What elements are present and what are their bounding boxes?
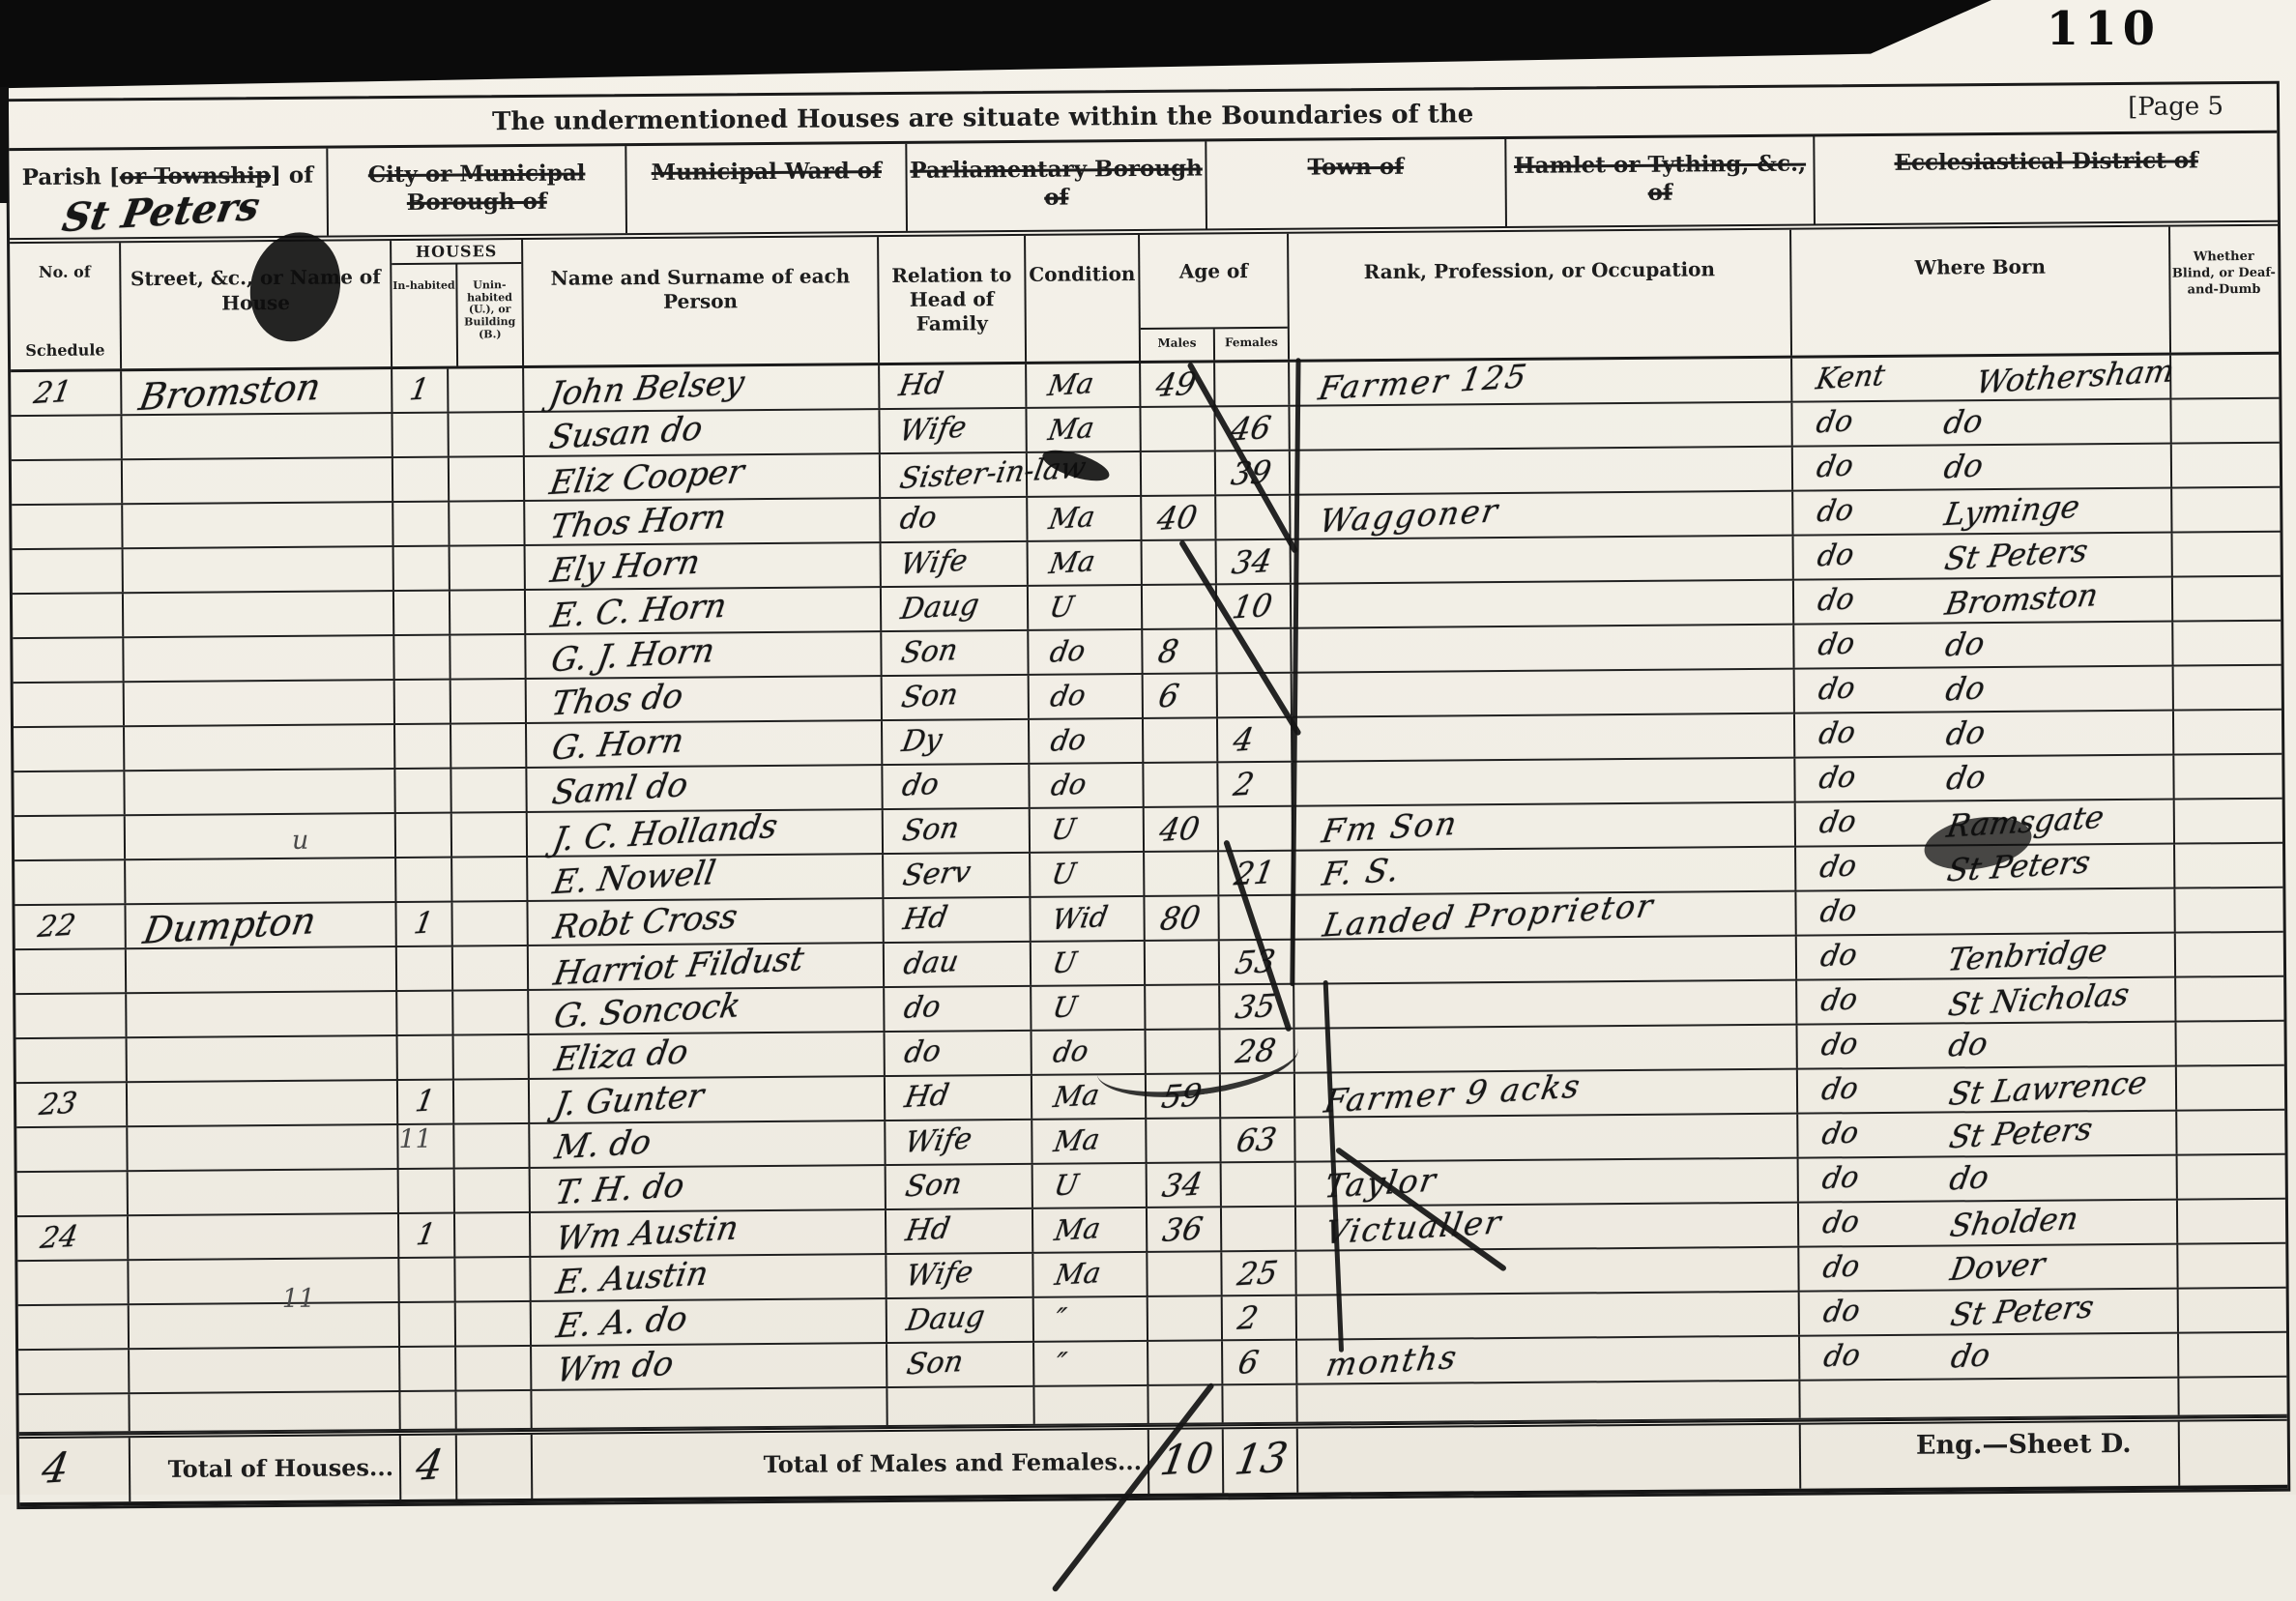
- relation-cell: Wife: [882, 542, 1029, 586]
- totals-schedule-cell: 4: [19, 1438, 131, 1495]
- uninhabited-cell: [452, 858, 528, 901]
- street-cell: [130, 1303, 400, 1348]
- age-males-cell: [1141, 407, 1215, 451]
- uninhabited-cell: [454, 1035, 530, 1079]
- occupation-cell: [1292, 581, 1794, 627]
- relation-cell: do: [886, 1032, 1032, 1075]
- name-cell: M. do: [530, 1121, 886, 1167]
- street-cell: [125, 770, 395, 814]
- born-cell: doDover: [1799, 1245, 2178, 1291]
- condition-cell: U: [1032, 942, 1146, 985]
- infirmity-cell: [2171, 399, 2278, 443]
- infirmity-cell: [2178, 1155, 2284, 1199]
- born-cell: dodo: [1793, 445, 2172, 490]
- location-field-0: Parish [or Township] ofSt Peters: [9, 149, 328, 239]
- inhabited-cell: [393, 458, 450, 501]
- uninhabited-cell: [454, 1080, 530, 1123]
- occupation-cell: Farmer 125: [1290, 359, 1792, 405]
- inhabited-cell: [400, 1348, 456, 1390]
- location-field-label: City or Municipal Borough of: [328, 160, 625, 218]
- column-header-row: No. of Schedule Street, &c., or Name of …: [10, 226, 2279, 372]
- relation-cell: dau: [885, 943, 1032, 986]
- born-cell: KentWothersham: [1792, 356, 2171, 401]
- inhabited-cell: [394, 547, 450, 590]
- uninhabited-cell: [451, 724, 527, 768]
- name-cell: J. C. Hollands: [528, 810, 884, 856]
- name-cell: E. A. do: [532, 1299, 887, 1345]
- schedule-cell: 24: [17, 1216, 129, 1260]
- infirmity-cell: [2175, 800, 2281, 843]
- occupation-cell: Farmer 9 acks: [1295, 1070, 1798, 1117]
- schedule-cell: 22: [15, 905, 126, 948]
- schedule-cell: [14, 727, 125, 771]
- schedule-cell: [14, 683, 125, 726]
- col-header-schedule: No. of Schedule: [10, 243, 122, 369]
- uninhabited-cell: [454, 1124, 530, 1168]
- occupation-cell: [1294, 937, 1797, 983]
- infirmity-cell: [2172, 444, 2279, 487]
- name-cell: G. J. Horn: [526, 632, 882, 678]
- schedule-cell: 23: [16, 1083, 128, 1126]
- uninhabited-cell: [449, 413, 524, 456]
- inhabited-cell: 1: [392, 369, 449, 412]
- condition-cell: U: [1029, 586, 1143, 629]
- street-cell: [130, 1348, 400, 1392]
- occupation-cell: Taylor: [1296, 1159, 1799, 1206]
- relation-cell: do: [885, 987, 1032, 1031]
- inhabited-cell: [399, 1259, 455, 1301]
- uninhabited-cell: [450, 591, 526, 634]
- col-header-houses: HOUSES In-habited Unin-habited (U.), or …: [392, 240, 524, 366]
- born-cell: doTenbridge: [1797, 934, 2176, 979]
- location-field-6: Ecclesiastical District of: [1816, 133, 2278, 224]
- condition-cell: Ma: [1027, 408, 1141, 451]
- born-cell: doSholden: [1799, 1201, 2178, 1246]
- occupation-cell: [1292, 537, 1794, 583]
- condition-cell: ″: [1034, 1342, 1148, 1385]
- inhabited-cell: [399, 1170, 455, 1212]
- street-cell: [123, 458, 393, 503]
- uninhabited-cell: [450, 457, 525, 501]
- born-cell: doSt Peters: [1798, 1112, 2177, 1157]
- inhabited-cell: [393, 503, 450, 545]
- age-males-cell: [1144, 763, 1218, 806]
- condition-cell: Ma: [1027, 364, 1141, 407]
- page-label: [Page 5: [2128, 92, 2223, 122]
- condition-cell: Wid: [1031, 897, 1145, 941]
- infirmity-cell: [2179, 1333, 2285, 1377]
- infirmity-cell: [2174, 666, 2281, 710]
- schedule-cell: 21: [11, 371, 122, 415]
- age-males-cell: 40: [1145, 807, 1219, 851]
- occupation-cell: Landed Proprietor: [1293, 892, 1796, 939]
- total-males-females-label: Total of Males and Females...: [533, 1430, 1149, 1495]
- location-field-label: Municipal Ward of: [627, 158, 906, 188]
- age-males-cell: [1146, 941, 1220, 984]
- relation-cell: Wife: [886, 1121, 1032, 1164]
- schedule-cell: [18, 1305, 130, 1349]
- condition-cell: U: [1032, 986, 1146, 1030]
- born-cell: dodo: [1795, 756, 2174, 801]
- condition-cell: do: [1030, 719, 1144, 763]
- infirmity-cell: [2177, 1111, 2283, 1154]
- totals-blank-cell: [1298, 1425, 1802, 1493]
- age-females-cell: 34: [1217, 540, 1292, 584]
- col-header-age: Age of Males Females: [1140, 234, 1290, 361]
- uninhabited-cell: [455, 1258, 531, 1301]
- street-cell: [125, 681, 395, 725]
- col-header-condition: Condition: [1026, 235, 1141, 362]
- age-females-cell: 2: [1223, 1296, 1297, 1340]
- census-scan-sheet: 110 The undermentioned Houses are situat…: [0, 0, 2296, 1495]
- condition-cell: U: [1031, 808, 1145, 852]
- location-field-label: Ecclesiastical District of: [1816, 147, 2278, 179]
- occupation-cell: Fm Son: [1293, 803, 1796, 850]
- age-males-cell: 36: [1148, 1208, 1222, 1251]
- name-cell: E. Austin: [531, 1255, 886, 1300]
- relation-cell: Serv: [884, 854, 1031, 897]
- inhabited-cell: 1: [396, 903, 452, 946]
- born-cell: do: [1796, 889, 2175, 935]
- uninhabited-cell: [450, 546, 526, 590]
- born-cell: dodo: [1800, 1334, 2179, 1380]
- occupation-cell: [1293, 714, 1795, 761]
- col-header-name: Name and Surname of each Person: [523, 237, 880, 365]
- age-males-cell: 34: [1148, 1163, 1222, 1207]
- age-males-cell: 8: [1143, 629, 1217, 673]
- name-cell: Eliz Cooper: [525, 454, 881, 500]
- schedule-cell: [15, 949, 127, 993]
- schedule-cell: [15, 816, 126, 859]
- schedule-cell: [16, 1038, 128, 1082]
- location-field-5: Hamlet or Tything, &c., of: [1506, 136, 1816, 226]
- name-cell: Ely Horn: [526, 543, 882, 589]
- occupation-cell: [1294, 981, 1797, 1028]
- col-header-uninhabited: Unin-habited (U.), or Building (B.): [457, 264, 522, 366]
- name-cell: Saml do: [527, 766, 883, 811]
- relation-cell: Sister-in-law: [881, 453, 1028, 497]
- born-cell: doSt Peters: [1794, 534, 2173, 579]
- uninhabited-cell: [449, 368, 524, 412]
- inhabited-cell: [395, 681, 451, 723]
- schedule-cell: [13, 549, 124, 593]
- age-females-cell: 6: [1223, 1341, 1297, 1384]
- born-cell: doLyminge: [1793, 489, 2172, 535]
- inhabited-cell: [397, 947, 453, 990]
- col-header-females: Females: [1215, 329, 1288, 361]
- condition-cell: do: [1029, 630, 1143, 674]
- street-cell: [124, 547, 394, 592]
- relation-cell: Dy: [883, 720, 1030, 764]
- age-females-cell: 4: [1218, 718, 1293, 762]
- age-females-cell: [1215, 363, 1290, 406]
- age-females-cell: [1222, 1208, 1296, 1251]
- name-cell: Eliza do: [530, 1033, 886, 1078]
- street-cell: [122, 414, 392, 458]
- pencil-mark: 11: [398, 1124, 432, 1154]
- street-cell: [126, 814, 396, 859]
- street-cell: [129, 1214, 399, 1259]
- condition-cell: do: [1030, 764, 1144, 807]
- street-cell: [124, 636, 394, 681]
- schedule-cell: [13, 594, 124, 637]
- col-header-born: Where Born: [1791, 227, 2171, 356]
- age-females-cell: 63: [1221, 1119, 1295, 1162]
- totals-blank-cell: [457, 1435, 534, 1495]
- totals-blank-cell: [2180, 1421, 2287, 1486]
- relation-cell: do: [883, 765, 1030, 808]
- schedule-cell: [17, 1261, 129, 1304]
- pencil-mark: 11: [282, 1284, 316, 1314]
- relation-cell: Daug: [887, 1298, 1034, 1342]
- schedule-cell: [12, 460, 123, 504]
- street-cell: [124, 592, 394, 636]
- occupation-cell: [1291, 448, 1793, 494]
- condition-cell: do: [1030, 675, 1144, 718]
- condition-cell: U: [1033, 1164, 1148, 1208]
- street-cell: Dumpton: [126, 903, 396, 947]
- relation-cell: do: [881, 498, 1028, 541]
- inhabited-cell: [397, 992, 453, 1034]
- location-field-label: Parliamentary Borough of: [908, 155, 1206, 213]
- relation-cell: Daug: [882, 587, 1029, 630]
- total-houses-label: Total of Houses...: [131, 1436, 402, 1495]
- census-table-frame: The undermentioned Houses are situate wi…: [6, 81, 2290, 1495]
- inhabited-cell: [395, 770, 451, 812]
- schedule-cell: [16, 1127, 128, 1171]
- infirmity-cell: [2178, 1200, 2284, 1243]
- location-field-4: Town of: [1206, 139, 1506, 228]
- infirmity-cell: [2173, 622, 2280, 665]
- born-cell: dodo: [1795, 712, 2174, 757]
- born-cell: doSt Nicholas: [1797, 978, 2176, 1024]
- col-header-males: Males: [1141, 329, 1215, 361]
- occupation-cell: [1297, 1293, 1800, 1339]
- relation-cell: Hd: [884, 898, 1031, 942]
- relation-cell: Wife: [880, 409, 1027, 452]
- location-fields-row: Parish [or Township] ofSt PetersCity or …: [9, 133, 2278, 244]
- condition-cell: Ma: [1028, 497, 1142, 540]
- col-header-inhabited: In-habited: [392, 265, 458, 367]
- street-cell: [128, 1036, 398, 1081]
- name-cell: Harriot Fildust: [529, 944, 885, 989]
- inhabited-cell: [394, 636, 450, 679]
- location-field-1: City or Municipal Borough of: [328, 146, 627, 235]
- uninhabited-cell: [455, 1169, 531, 1212]
- schedule-cell: [18, 1350, 130, 1393]
- uninhabited-cell: [452, 902, 528, 946]
- infirmity-cell: [2179, 1289, 2285, 1332]
- age-males-cell: [1145, 852, 1219, 895]
- col-header-blind: Whether Blind, or Deaf-and-Dumb: [2170, 226, 2278, 353]
- name-cell: T. H. do: [531, 1166, 886, 1211]
- relation-cell: Son: [882, 631, 1029, 675]
- age-females-cell: 25: [1222, 1252, 1296, 1295]
- name-cell: G. Horn: [527, 721, 883, 767]
- sheet-designation: Eng.—Sheet D.: [1916, 1429, 2132, 1461]
- name-cell: J. Gunter: [530, 1077, 886, 1122]
- condition-cell: Ma: [1032, 1120, 1147, 1163]
- infirmity-cell: [2172, 488, 2279, 532]
- infirmity-cell: [2174, 755, 2281, 799]
- born-cell: dodo: [1799, 1156, 2178, 1202]
- age-males-cell: [1142, 451, 1216, 495]
- uninhabited-cell: [451, 680, 527, 723]
- condition-cell: ″: [1034, 1297, 1148, 1341]
- uninhabited-cell: [455, 1213, 531, 1257]
- street-cell: [128, 1081, 398, 1125]
- name-cell: E. C. Horn: [526, 588, 882, 633]
- inhabited-cell: [396, 859, 452, 901]
- occupation-cell: [1296, 1248, 1799, 1295]
- occupation-cell: [1292, 626, 1794, 672]
- street-cell: [127, 947, 397, 992]
- age-males-cell: [1143, 585, 1217, 628]
- scan-edge-sliver: [0, 87, 9, 203]
- condition-cell: Ma: [1029, 541, 1143, 585]
- total-houses-value: 4: [401, 1436, 458, 1495]
- location-field-label: Town of: [1206, 153, 1504, 183]
- name-cell: Wm do: [532, 1344, 887, 1389]
- street-cell: [125, 725, 395, 770]
- inhabited-cell: 1: [398, 1081, 454, 1123]
- infirmity-cell: [2174, 711, 2281, 754]
- total-females-value: 13: [1224, 1429, 1299, 1494]
- age-males-cell: [1144, 718, 1218, 762]
- inhabited-cell: [392, 414, 449, 456]
- infirmity-cell: [2173, 577, 2280, 621]
- infirmity-cell: [2173, 533, 2280, 576]
- born-cell: dodo: [1792, 400, 2171, 446]
- occupation-cell: [1293, 670, 1795, 716]
- occupation-cell: [1295, 1026, 1798, 1072]
- street-cell: [126, 859, 396, 903]
- street-cell: [129, 1259, 399, 1303]
- col-header-rank: Rank, Profession, or Occupation: [1289, 230, 1792, 360]
- street-cell: Bromston: [122, 369, 392, 414]
- inhabited-cell: [396, 814, 452, 857]
- relation-cell: Son: [886, 1165, 1033, 1208]
- age-males-cell: [1148, 1296, 1223, 1340]
- occupation-cell: Waggoner: [1291, 492, 1793, 539]
- relation-cell: Son: [884, 809, 1031, 853]
- age-males-cell: 6: [1144, 674, 1218, 717]
- location-field-label: Hamlet or Tything, &c., of: [1506, 151, 1814, 209]
- inhabited-cell: 1: [399, 1214, 455, 1257]
- relation-cell: Hd: [880, 364, 1027, 408]
- age-females-cell: 2: [1218, 763, 1293, 806]
- infirmity-cell: [2176, 933, 2282, 976]
- born-cell: doBromston: [1794, 578, 2173, 624]
- col-header-relation: Relation to Head of Family: [879, 236, 1027, 363]
- uninhabited-cell: [451, 769, 527, 812]
- inhabited-cell: [395, 725, 451, 768]
- relation-cell: Son: [883, 676, 1030, 719]
- age-females-cell: 53: [1220, 941, 1294, 984]
- name-cell: Thos do: [527, 677, 883, 722]
- pencil-mark: u: [292, 826, 309, 856]
- schedule-cell: [15, 994, 127, 1037]
- street-cell: [127, 992, 397, 1036]
- inhabited-cell: [400, 1303, 456, 1346]
- born-cell: doSt Lawrence: [1798, 1067, 2177, 1113]
- name-cell: E. Nowell: [528, 855, 884, 900]
- inhabited-cell: [398, 1036, 454, 1079]
- name-cell: Thos Horn: [525, 499, 881, 544]
- schedule-cell: [13, 638, 124, 682]
- street-cell: [129, 1170, 399, 1214]
- uninhabited-cell: [452, 813, 528, 857]
- occupation-cell: F. S.: [1293, 848, 1796, 894]
- relation-cell: Hd: [886, 1209, 1033, 1253]
- born-cell: doSt Peters: [1800, 1290, 2179, 1335]
- infirmity-cell: [2175, 888, 2281, 932]
- name-cell: Wm Austin: [531, 1210, 886, 1256]
- infirmity-cell: [2175, 844, 2281, 888]
- name-cell: Susan do: [524, 410, 880, 455]
- born-cell: dodo: [1795, 667, 2174, 713]
- occupation-cell: [1290, 403, 1792, 450]
- age-males-cell: [1148, 1252, 1222, 1295]
- age-males-cell: [1146, 985, 1220, 1029]
- record-rows: 21 Bromston 1 John Belsey Hd Ma 49 Farme…: [11, 355, 2286, 1395]
- condition-cell: U: [1031, 853, 1145, 896]
- occupation-cell: Victualler: [1296, 1204, 1799, 1250]
- relation-cell: Hd: [886, 1076, 1032, 1120]
- uninhabited-cell: [453, 946, 529, 990]
- table-title: The undermentioned Houses are situate wi…: [492, 100, 1473, 136]
- name-cell: G. Soncock: [529, 988, 885, 1033]
- location-field-2: Municipal Ward of: [627, 144, 908, 233]
- schedule-cell: [11, 416, 122, 459]
- infirmity-cell: [2176, 1022, 2282, 1065]
- occupation-cell: [1295, 1115, 1798, 1161]
- age-males-cell: 40: [1142, 496, 1216, 539]
- occupation-cell: [1293, 759, 1795, 805]
- uninhabited-cell: [450, 635, 526, 679]
- street-cell: [128, 1125, 398, 1170]
- schedule-cell: [12, 505, 123, 548]
- age-males-cell: [1147, 1119, 1221, 1162]
- relation-cell: Wife: [886, 1254, 1033, 1297]
- schedule-cell: [14, 771, 125, 815]
- infirmity-cell: [2176, 977, 2282, 1021]
- total-males-value: 10: [1149, 1429, 1225, 1494]
- relation-cell: Son: [887, 1343, 1034, 1386]
- uninhabited-cell: [450, 502, 525, 545]
- name-cell: John Belsey: [524, 365, 880, 411]
- infirmity-cell: [2178, 1244, 2284, 1288]
- born-cell: dodo: [1797, 1023, 2176, 1068]
- born-cell: dodo: [1794, 623, 2173, 668]
- uninhabited-cell: [456, 1347, 532, 1390]
- name-cell: Robt Cross: [528, 899, 884, 945]
- occupation-cell: months: [1297, 1337, 1800, 1383]
- schedule-cell: [17, 1172, 129, 1215]
- infirmity-cell: [2177, 1066, 2283, 1110]
- inhabited-cell: [394, 592, 450, 634]
- condition-cell: Ma: [1033, 1208, 1148, 1252]
- infirmity-cell: [2171, 355, 2278, 398]
- uninhabited-cell: [453, 991, 529, 1034]
- location-field-3: Parliamentary Borough of: [908, 141, 1207, 230]
- age-females-cell: [1222, 1163, 1296, 1207]
- uninhabited-cell: [456, 1302, 532, 1346]
- age-males-cell: 80: [1145, 896, 1219, 940]
- paper: The undermentioned Houses are situate wi…: [0, 0, 2296, 1495]
- street-cell: [123, 503, 393, 547]
- schedule-cell: [15, 860, 126, 904]
